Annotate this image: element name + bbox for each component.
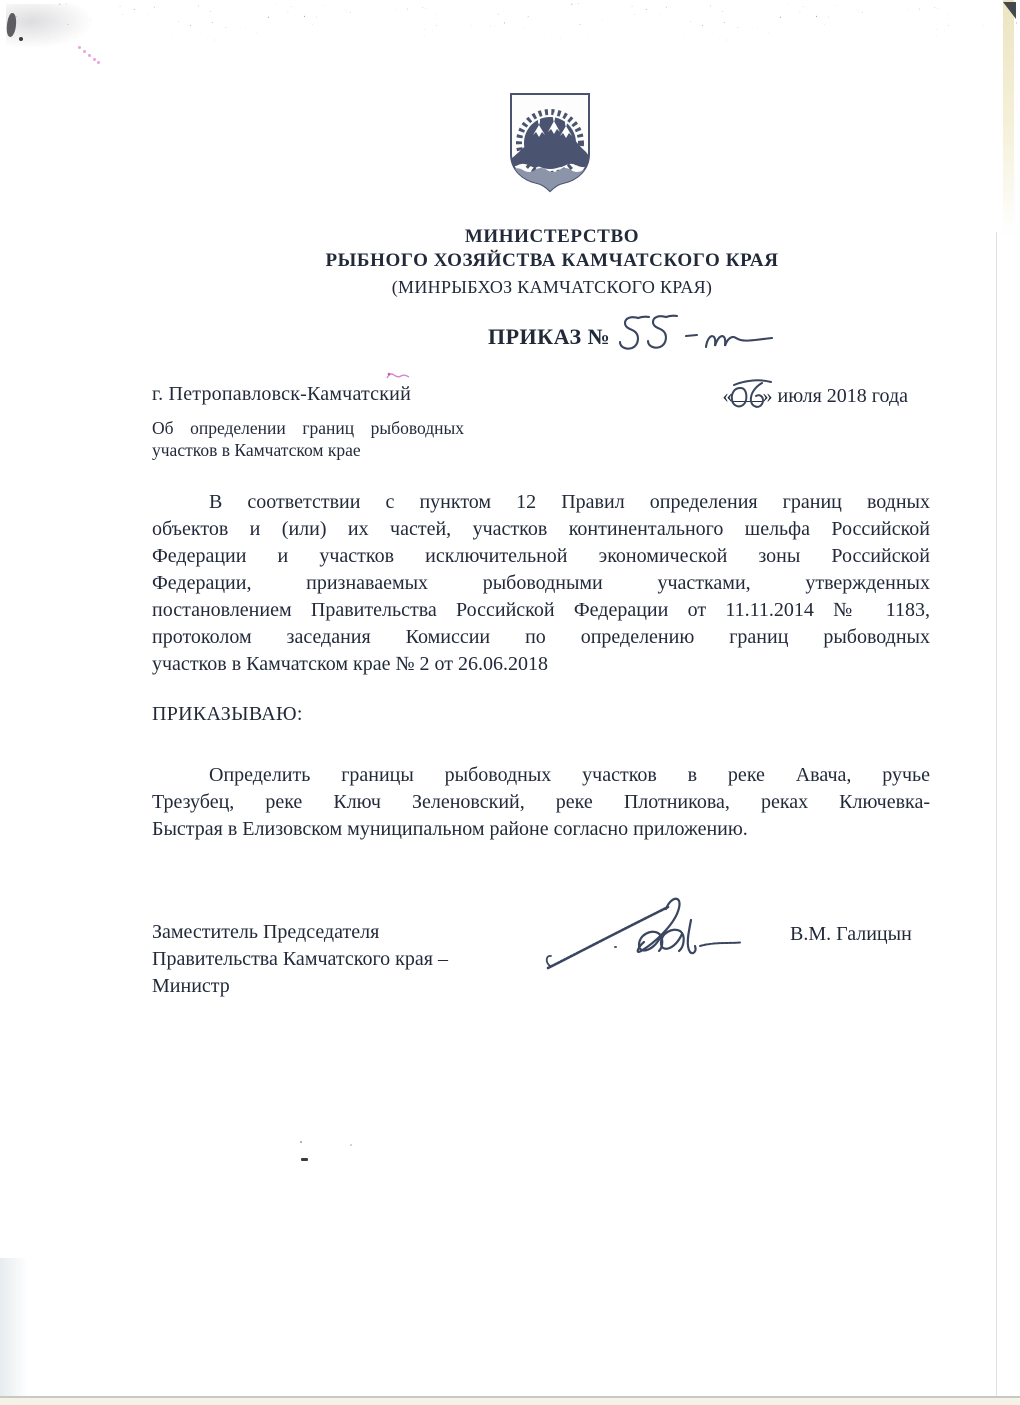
page-edge-line-right	[996, 232, 997, 1398]
position-line: Заместитель Председателя	[152, 919, 448, 946]
scan-pink-dot	[97, 61, 100, 64]
ministry-name-line2: РЫБНОГО ХОЗЯЙСТВА КАМЧАТСКОГО КРАЯ	[92, 249, 1012, 273]
order-subject: Об определении границ рыбоводных участко…	[152, 417, 464, 461]
date-rest: июля 2018 года	[772, 385, 908, 407]
adjacent-page-edge	[1003, 0, 1014, 238]
order-title: ПРИКАЗ №	[488, 324, 610, 350]
ministry-name-line1: МИНИСТЕРСТВО	[92, 225, 1012, 249]
scan-shadow-left	[0, 1258, 28, 1396]
position-line: Министр	[152, 973, 448, 1000]
folded-corner-mark	[1003, 2, 1016, 19]
subject-line: участков в Камчатском крае	[152, 439, 464, 461]
paragraph-line: Быстрая в Елизовском муниципальном район…	[152, 816, 930, 843]
subject-line: Об определении границ рыбоводных	[152, 417, 464, 439]
paragraph-line: В соответствии с пунктом 12 Правил опред…	[152, 489, 930, 516]
ministry-short-name: (МИНРЫБХОЗ КАМЧАТСКОГО КРАЯ)	[92, 275, 1012, 299]
paragraph-line: Трезубец, реке Ключ Зеленовский, реке Пл…	[152, 789, 930, 816]
scan-pink-dot	[93, 58, 96, 61]
city-label: г. Петропавловск-Камчатский	[152, 383, 411, 406]
paragraph-line: объектов и (или) их частей, участков кон…	[152, 516, 930, 543]
scan-pink-dot	[78, 46, 81, 49]
paragraph-line: постановлением Правительства Российской …	[152, 597, 930, 624]
paragraph-line: Определить границы рыбоводных участков в…	[152, 762, 930, 789]
scan-pink-squiggle	[386, 371, 410, 380]
operative-paragraph: Определить границы рыбоводных участков в…	[152, 762, 930, 843]
position-line: Правительства Камчатского края –	[152, 946, 448, 973]
scan-smudge	[6, 4, 92, 48]
paragraph-line: протоколом заседания Комиссии по определ…	[152, 624, 930, 651]
scan-speck	[350, 1144, 352, 1146]
scan-pink-dot	[88, 54, 91, 57]
paragraph-line: Федерации и участков исключительной экон…	[152, 543, 930, 570]
scan-speck	[301, 1158, 308, 1161]
command-word: ПРИКАЗЫВАЮ:	[152, 703, 303, 726]
handwritten-date-day	[726, 374, 778, 414]
handwritten-signature	[540, 884, 800, 984]
scan-speck	[300, 1141, 302, 1143]
paragraph-line: участков в Камчатском крае № 2 от 26.06.…	[152, 651, 930, 678]
scan-pink-dot	[83, 50, 86, 53]
letterhead: МИНИСТЕРСТВО РЫБНОГО ХОЗЯЙСТВА КАМЧАТСКО…	[92, 225, 1012, 299]
scan-background-band	[0, 1398, 1020, 1405]
handwritten-order-number	[616, 309, 776, 361]
paragraph-line: Федерации, признаваемых рыбоводными учас…	[152, 570, 930, 597]
signatory-position: Заместитель Председателя Правительства К…	[152, 919, 448, 1000]
date-line: «» июля 2018 года	[722, 383, 908, 408]
scan-speck	[19, 37, 23, 41]
scanned-order-document: МИНИСТЕРСТВО РЫБНОГО ХОЗЯЙСТВА КАМЧАТСКО…	[0, 0, 1020, 1405]
scan-noise-band	[0, 3, 1020, 45]
signatory-name: В.М. Галицын	[790, 923, 912, 946]
kamchatka-coat-of-arms-icon	[508, 90, 592, 195]
preamble-paragraph: В соответствии с пунктом 12 Правил опред…	[152, 489, 930, 678]
